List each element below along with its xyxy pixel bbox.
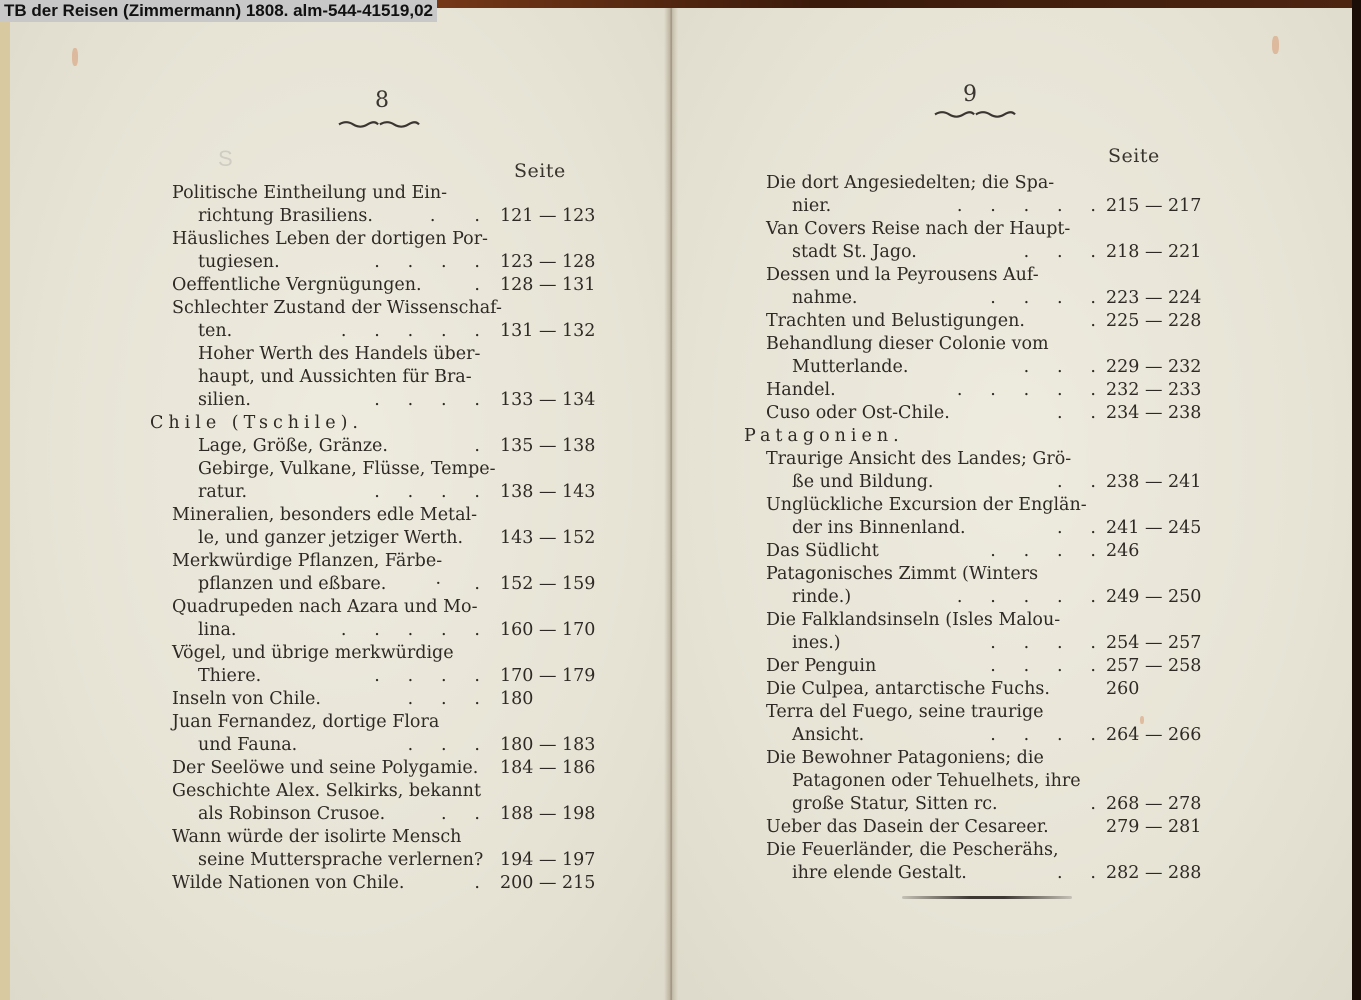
toc-leader-dots: . . . . . bbox=[957, 379, 1096, 402]
toc-page-range: 180 bbox=[500, 688, 533, 711]
toc-page-range: 246 bbox=[1106, 540, 1139, 563]
toc-leader-dots: . bbox=[1090, 310, 1096, 333]
toc-row: le, und ganzer jetziger Werth.143 — 152 bbox=[172, 527, 632, 550]
toc-section-heading: Patagonien. bbox=[744, 425, 1236, 448]
toc-row: der ins Binnenland.. .241 — 245 bbox=[766, 517, 1236, 540]
toc-row: Politische Eintheilung und Ein- bbox=[172, 182, 632, 205]
toc-page-range: 225 — 228 bbox=[1106, 310, 1201, 333]
toc-page-range: 223 — 224 bbox=[1106, 287, 1201, 310]
toc-row: ratur.. . . .138 — 143 bbox=[172, 481, 632, 504]
toc-row: Mineralien, besonders edle Metal- bbox=[172, 504, 632, 527]
toc-leader-dots: . . bbox=[1057, 862, 1096, 885]
toc-row: Geschichte Alex. Selkirks, bekannt bbox=[172, 780, 632, 803]
toc-entry-text: Juan Fernandez, dortige Flora bbox=[172, 711, 439, 734]
toc-entry-text: Patagonen oder Tehuelhets, ihre bbox=[792, 770, 1081, 793]
toc-row: pflanzen und eßbare.· .152 — 159 bbox=[172, 573, 632, 596]
toc-entry-text: seine Muttersprache verlernen? bbox=[198, 849, 483, 872]
toc-entry-text: Die Feuerländer, die Pescherähs, bbox=[766, 839, 1059, 862]
toc-leader-dots: . bbox=[1090, 793, 1096, 816]
toc-entry-text: le, und ganzer jetziger Werth. bbox=[198, 527, 463, 550]
toc-row: Terra del Fuego, seine traurige bbox=[766, 701, 1236, 724]
toc-row: Die Feuerländer, die Pescherähs, bbox=[766, 839, 1236, 862]
toc-leader-dots: . . . . . bbox=[957, 586, 1096, 609]
toc-entry-text: Lage, Größe, Gränze. bbox=[198, 435, 388, 458]
toc-page-range: 257 — 258 bbox=[1106, 655, 1201, 678]
toc-entry-text: Schlechter Zustand der Wissenschaf- bbox=[172, 297, 502, 320]
toc-page-range: 180 — 183 bbox=[500, 734, 595, 757]
toc-leader-dots: . bbox=[474, 872, 480, 895]
faint-library-mark: S bbox=[218, 146, 233, 172]
toc-entry-text: Die Culpea, antarctische Fuchs. bbox=[766, 678, 1050, 701]
toc-page-range: 133 — 134 bbox=[500, 389, 595, 412]
toc-entry-text: pflanzen und eßbare. bbox=[198, 573, 386, 596]
toc-page-range: 232 — 233 bbox=[1106, 379, 1201, 402]
toc-page-range: 268 — 278 bbox=[1106, 793, 1201, 816]
toc-page-range: 241 — 245 bbox=[1106, 517, 1201, 540]
toc-entry-text: Das Südlicht bbox=[766, 540, 879, 563]
toc-entry-text: rinde.) bbox=[792, 586, 851, 609]
toc-entry-text: Handel. bbox=[766, 379, 836, 402]
toc-row: und Fauna.. . .180 — 183 bbox=[172, 734, 632, 757]
toc-page-range: 170 — 179 bbox=[500, 665, 595, 688]
toc-row: nier.. . . . .215 — 217 bbox=[766, 195, 1236, 218]
right-page-number: 9 bbox=[960, 82, 980, 107]
toc-row: Quadrupeden nach Azara und Mo- bbox=[172, 596, 632, 619]
toc-entry-text: Patagonisches Zimmt (Winters bbox=[766, 563, 1038, 586]
toc-row: Ansicht.. . . .264 — 266 bbox=[766, 724, 1236, 747]
toc-page-range: 184 — 186 bbox=[500, 757, 595, 780]
toc-leader-dots: . . bbox=[1057, 471, 1096, 494]
toc-row: Unglückliche Excursion der Englän- bbox=[766, 494, 1236, 517]
toc-row: Schlechter Zustand der Wissenschaf- bbox=[172, 297, 632, 320]
toc-entry-text: ihre elende Gestalt. bbox=[792, 862, 967, 885]
toc-row: Trachten und Belustigungen..225 — 228 bbox=[766, 310, 1236, 333]
toc-leader-dots: · . bbox=[435, 573, 480, 596]
toc-entry-text: und Fauna. bbox=[198, 734, 297, 757]
toc-entry-text: Vögel, und übrige merkwürdige bbox=[172, 642, 454, 665]
left-page-number: 8 bbox=[372, 88, 392, 113]
toc-entry-text: Dessen und la Peyrousens Auf- bbox=[766, 264, 1039, 287]
toc-row: richtung Brasiliens.. .121 — 123 bbox=[172, 205, 632, 228]
toc-entry-text: Thiere. bbox=[198, 665, 261, 688]
toc-page-range: 194 — 197 bbox=[500, 849, 595, 872]
toc-page-range: 260 bbox=[1106, 678, 1139, 701]
toc-leader-dots: . . . . . bbox=[341, 619, 480, 642]
toc-row: tugiesen.. . . .123 — 128 bbox=[172, 251, 632, 274]
toc-row: Der Seelöwe und seine Polygamie.184 — 18… bbox=[172, 757, 632, 780]
toc-entry-text: Wann würde der isolirte Mensch bbox=[172, 826, 461, 849]
toc-entry-text: Quadrupeden nach Azara und Mo- bbox=[172, 596, 478, 619]
toc-entry-text: nier. bbox=[792, 195, 831, 218]
toc-entry-text: Ueber das Dasein der Cesareer. bbox=[766, 816, 1049, 839]
toc-entry-text: silien. bbox=[198, 389, 251, 412]
toc-leader-dots: . . . bbox=[408, 734, 480, 757]
toc-leader-dots: . . . . bbox=[374, 665, 480, 688]
toc-row: lina.. . . . .160 — 170 bbox=[172, 619, 632, 642]
left-toc: Politische Eintheilung und Ein-richtung … bbox=[172, 182, 632, 895]
toc-page-range: 160 — 170 bbox=[500, 619, 595, 642]
toc-row: Gebirge, Vulkane, Flüsse, Tempe- bbox=[172, 458, 632, 481]
toc-entry-text: Die dort Angesiedelten; die Spa- bbox=[766, 172, 1054, 195]
toc-leader-dots: . . . . . bbox=[341, 320, 480, 343]
ornament-swash-icon bbox=[928, 110, 1022, 118]
toc-entry-text: ines.) bbox=[792, 632, 841, 655]
toc-leader-dots: . . . . bbox=[374, 389, 480, 412]
toc-entry-text: haupt, und Aussichten für Bra- bbox=[198, 366, 472, 389]
toc-leader-dots: . . . . . bbox=[957, 195, 1096, 218]
toc-page-range: 135 — 138 bbox=[500, 435, 595, 458]
toc-leader-dots: . . . bbox=[1024, 241, 1096, 264]
book-cover-edge-right bbox=[1352, 0, 1361, 1000]
toc-entry-text: Traurige Ansicht des Landes; Grö- bbox=[766, 448, 1071, 471]
toc-row: ihre elende Gestalt.. .282 — 288 bbox=[766, 862, 1236, 885]
toc-row: Die Falklandsinseln (Isles Malou- bbox=[766, 609, 1236, 632]
toc-entry-text: nahme. bbox=[792, 287, 858, 310]
toc-entry-text: richtung Brasiliens. bbox=[198, 205, 373, 228]
toc-page-range: 131 — 132 bbox=[500, 320, 595, 343]
toc-row: Ueber das Dasein der Cesareer.279 — 281 bbox=[766, 816, 1236, 839]
toc-entry-text: Hoher Werth des Handels über- bbox=[198, 343, 480, 366]
toc-row: stadt St. Jago.. . .218 — 221 bbox=[766, 241, 1236, 264]
paper-stain bbox=[1272, 36, 1279, 54]
toc-row: als Robinson Crusoe.. .188 — 198 bbox=[172, 803, 632, 826]
toc-row: seine Muttersprache verlernen?194 — 197 bbox=[172, 849, 632, 872]
toc-entry-text: tugiesen. bbox=[198, 251, 280, 274]
toc-row: Häusliches Leben der dortigen Por- bbox=[172, 228, 632, 251]
toc-row: Merkwürdige Pflanzen, Färbe- bbox=[172, 550, 632, 573]
toc-page-range: 123 — 128 bbox=[500, 251, 595, 274]
paper-stain bbox=[72, 48, 78, 66]
toc-leader-dots: . . bbox=[441, 803, 480, 826]
image-caption: TB der Reisen (Zimmermann) 1808. alm-544… bbox=[0, 0, 437, 22]
toc-entry-text: Die Bewohner Patagoniens; die bbox=[766, 747, 1044, 770]
toc-entry-text: der ins Binnenland. bbox=[792, 517, 966, 540]
toc-entry-text: Die Falklandsinseln (Isles Malou- bbox=[766, 609, 1060, 632]
toc-entry-text: Gebirge, Vulkane, Flüsse, Tempe- bbox=[198, 458, 496, 481]
toc-row: Van Covers Reise nach der Haupt- bbox=[766, 218, 1236, 241]
right-column-header: Seite bbox=[1108, 145, 1160, 167]
toc-entry-text: Der Seelöwe und seine Polygamie. bbox=[172, 757, 478, 780]
toc-row: Traurige Ansicht des Landes; Grö- bbox=[766, 448, 1236, 471]
toc-page-range: 200 — 215 bbox=[500, 872, 595, 895]
toc-entry-text: stadt St. Jago. bbox=[792, 241, 917, 264]
toc-leader-dots: . . . bbox=[408, 688, 480, 711]
toc-row: Wann würde der isolirte Mensch bbox=[172, 826, 632, 849]
toc-row: nahme.. . . .223 — 224 bbox=[766, 287, 1236, 310]
toc-row: rinde.). . . . .249 — 250 bbox=[766, 586, 1236, 609]
toc-page-range: 238 — 241 bbox=[1106, 471, 1201, 494]
toc-row: Patagonisches Zimmt (Winters bbox=[766, 563, 1236, 586]
toc-entry-text: als Robinson Crusoe. bbox=[198, 803, 385, 826]
toc-leader-dots: . . bbox=[430, 205, 480, 228]
toc-row: Lage, Größe, Gränze..135 — 138 bbox=[172, 435, 632, 458]
toc-page-range: 218 — 221 bbox=[1106, 241, 1201, 264]
toc-entry-text: Patagonien. bbox=[744, 425, 904, 448]
toc-page-range: 143 — 152 bbox=[500, 527, 595, 550]
toc-row: Behandlung dieser Colonie vom bbox=[766, 333, 1236, 356]
right-toc: Die dort Angesiedelten; die Spa-nier.. .… bbox=[766, 172, 1236, 885]
toc-leader-dots: . . bbox=[1057, 517, 1096, 540]
toc-row: große Statur, Sitten rc..268 — 278 bbox=[766, 793, 1236, 816]
toc-section-heading: Chile (Tschile). bbox=[150, 412, 632, 435]
toc-row: Die Bewohner Patagoniens; die bbox=[766, 747, 1236, 770]
toc-entry-text: Van Covers Reise nach der Haupt- bbox=[766, 218, 1070, 241]
toc-page-range: 264 — 266 bbox=[1106, 724, 1201, 747]
toc-row: Die Culpea, antarctische Fuchs.260 bbox=[766, 678, 1236, 701]
toc-row: ten.. . . . .131 — 132 bbox=[172, 320, 632, 343]
toc-entry-text: Behandlung dieser Colonie vom bbox=[766, 333, 1049, 356]
toc-row: Dessen und la Peyrousens Auf- bbox=[766, 264, 1236, 287]
toc-entry-text: Der Penguin bbox=[766, 655, 876, 678]
toc-leader-dots: . . . . bbox=[990, 724, 1096, 747]
toc-entry-text: Politische Eintheilung und Ein- bbox=[172, 182, 447, 205]
toc-row: Die dort Angesiedelten; die Spa- bbox=[766, 172, 1236, 195]
toc-leader-dots: . . . bbox=[1024, 356, 1096, 379]
closing-rule bbox=[902, 896, 1072, 899]
toc-row: Thiere.. . . .170 — 179 bbox=[172, 665, 632, 688]
book-gutter bbox=[664, 8, 678, 1000]
toc-page-range: 234 — 238 bbox=[1106, 402, 1201, 425]
toc-row: Hoher Werth des Handels über- bbox=[172, 343, 632, 366]
toc-row: silien.. . . .133 — 134 bbox=[172, 389, 632, 412]
toc-leader-dots: . bbox=[474, 435, 480, 458]
toc-page-range: 128 — 131 bbox=[500, 274, 595, 297]
toc-row: Das Südlicht. . . .246 bbox=[766, 540, 1236, 563]
toc-leader-dots: . bbox=[474, 274, 480, 297]
ornament-swash-icon bbox=[332, 120, 426, 128]
toc-entry-text: ratur. bbox=[198, 481, 247, 504]
toc-row: Patagonen oder Tehuelhets, ihre bbox=[766, 770, 1236, 793]
toc-page-range: 215 — 217 bbox=[1106, 195, 1201, 218]
toc-row: Mutterlande.. . .229 — 232 bbox=[766, 356, 1236, 379]
toc-page-range: 249 — 250 bbox=[1106, 586, 1201, 609]
toc-leader-dots: . . . . bbox=[990, 287, 1096, 310]
toc-entry-text: Mineralien, besonders edle Metal- bbox=[172, 504, 477, 527]
toc-leader-dots: . . . . bbox=[990, 655, 1096, 678]
toc-entry-text: Trachten und Belustigungen. bbox=[766, 310, 1025, 333]
toc-row: haupt, und Aussichten für Bra- bbox=[172, 366, 632, 389]
toc-entry-text: Merkwürdige Pflanzen, Färbe- bbox=[172, 550, 442, 573]
toc-leader-dots: . . . . bbox=[990, 632, 1096, 655]
toc-entry-text: ße und Bildung. bbox=[792, 471, 933, 494]
toc-entry-text: Chile (Tschile). bbox=[150, 412, 363, 435]
toc-row: ines.). . . .254 — 257 bbox=[766, 632, 1236, 655]
toc-entry-text: Oeffentliche Vergnügungen. bbox=[172, 274, 422, 297]
toc-page-range: 229 — 232 bbox=[1106, 356, 1201, 379]
toc-entry-text: Unglückliche Excursion der Englän- bbox=[766, 494, 1087, 517]
toc-entry-text: Mutterlande. bbox=[792, 356, 908, 379]
toc-row: Wilde Nationen von Chile..200 — 215 bbox=[172, 872, 632, 895]
toc-entry-text: Geschichte Alex. Selkirks, bekannt bbox=[172, 780, 481, 803]
toc-row: Cuso oder Ost-Chile.. .234 — 238 bbox=[766, 402, 1236, 425]
toc-page-range: 282 — 288 bbox=[1106, 862, 1201, 885]
toc-entry-text: große Statur, Sitten rc. bbox=[792, 793, 998, 816]
toc-entry-text: Häusliches Leben der dortigen Por- bbox=[172, 228, 488, 251]
toc-leader-dots: . . bbox=[1057, 402, 1096, 425]
toc-leader-dots: . . . . bbox=[374, 251, 480, 274]
toc-page-range: 121 — 123 bbox=[500, 205, 595, 228]
toc-entry-text: Ansicht. bbox=[792, 724, 864, 747]
toc-entry-text: ten. bbox=[198, 320, 232, 343]
toc-page-range: 279 — 281 bbox=[1106, 816, 1201, 839]
toc-row: ße und Bildung.. .238 — 241 bbox=[766, 471, 1236, 494]
toc-row: Der Penguin. . . .257 — 258 bbox=[766, 655, 1236, 678]
toc-entry-text: Inseln von Chile. bbox=[172, 688, 321, 711]
toc-page-range: 138 — 143 bbox=[500, 481, 595, 504]
toc-page-range: 152 — 159 bbox=[500, 573, 595, 596]
toc-entry-text: Cuso oder Ost-Chile. bbox=[766, 402, 950, 425]
toc-leader-dots: . . . . bbox=[990, 540, 1096, 563]
toc-entry-text: lina. bbox=[198, 619, 236, 642]
toc-row: Inseln von Chile.. . .180 bbox=[172, 688, 632, 711]
toc-page-range: 188 — 198 bbox=[500, 803, 595, 826]
toc-row: Vögel, und übrige merkwürdige bbox=[172, 642, 632, 665]
toc-row: Handel.. . . . .232 — 233 bbox=[766, 379, 1236, 402]
toc-leader-dots: . . . . bbox=[374, 481, 480, 504]
toc-page-range: 254 — 257 bbox=[1106, 632, 1201, 655]
toc-row: Oeffentliche Vergnügungen..128 — 131 bbox=[172, 274, 632, 297]
toc-entry-text: Terra del Fuego, seine traurige bbox=[766, 701, 1044, 724]
left-column-header: Seite bbox=[514, 160, 566, 182]
toc-entry-text: Wilde Nationen von Chile. bbox=[172, 872, 404, 895]
toc-row: Juan Fernandez, dortige Flora bbox=[172, 711, 632, 734]
